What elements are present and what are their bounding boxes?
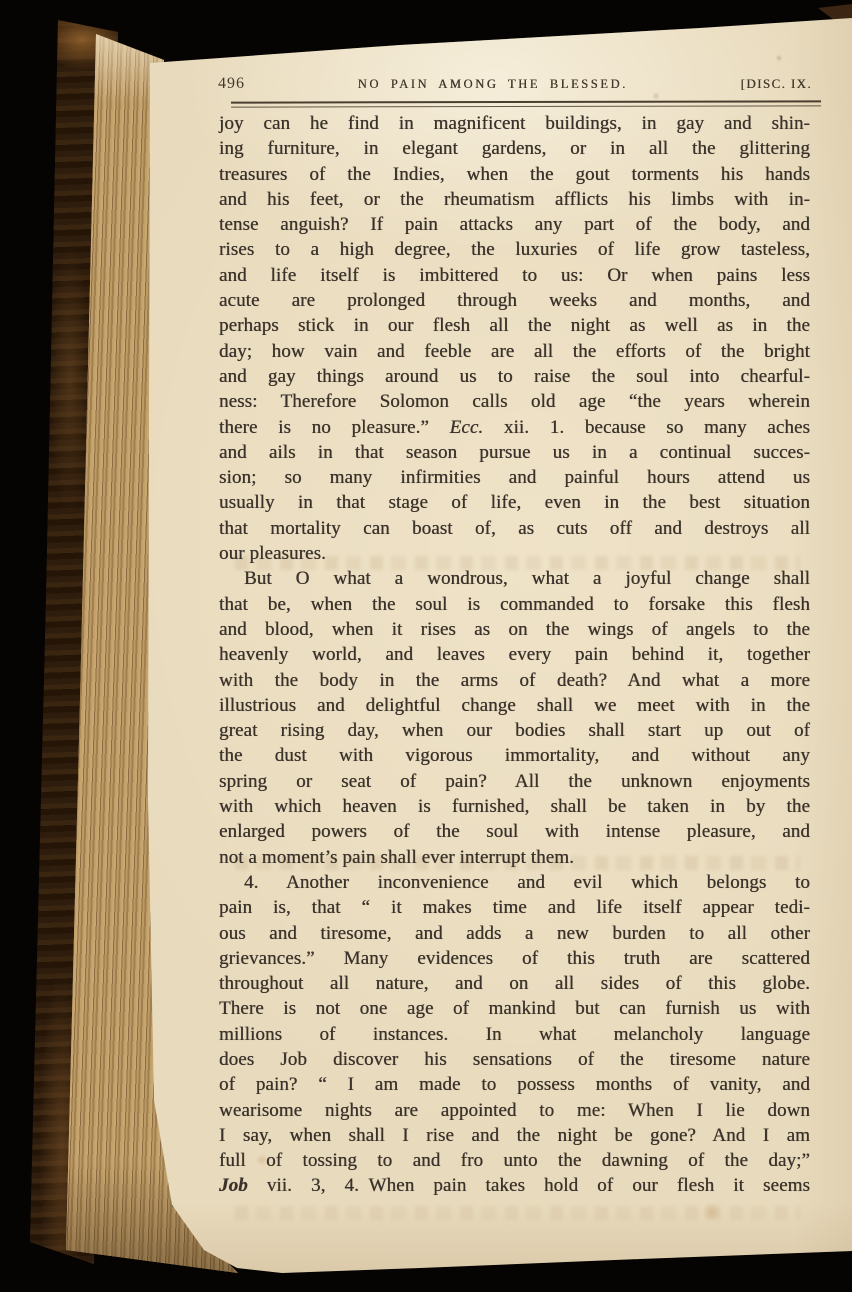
page-number: 496	[218, 75, 245, 93]
text-line: throughout all nature, and on all sides …	[219, 971, 810, 996]
citation-text: Ecc.	[450, 417, 484, 438]
body-text: with the body in the arms of death? And …	[219, 670, 810, 691]
text-line: day; how vain and feeble are all the eff…	[219, 339, 810, 364]
text-line: wearisome nights are appointed to me: Wh…	[219, 1098, 810, 1123]
text-line: millions of instances. In what melanchol…	[219, 1022, 810, 1047]
body-text: does Job discover his sensations of the …	[219, 1049, 810, 1070]
body-text: tense anguish? If pain attacks any part …	[219, 214, 810, 235]
body-text: pain is, that “ it makes time and life i…	[219, 897, 810, 918]
text-line: of pain? “ I am made to possess months o…	[219, 1072, 810, 1097]
body-text: the dust with vigorous immortality, and …	[219, 745, 810, 766]
body-text: ness: Therefore Solomon calls old age “t…	[219, 391, 810, 412]
body-text: of pain? “ I am made to possess months o…	[219, 1074, 810, 1095]
body-text: great rising day, when our bodies shall …	[219, 720, 810, 741]
body-text: with which heaven is furnished, shall be…	[219, 796, 810, 817]
text-line: pain is, that “ it makes time and life i…	[219, 895, 810, 920]
text-line: heavenly world, and leaves every pain be…	[219, 642, 810, 667]
text-line: But O what a wondrous, what a joyful cha…	[219, 566, 810, 591]
running-title: NO PAIN AMONG THE BLESSED.	[245, 77, 741, 92]
text-line: grievances.” Many evidences of this trut…	[219, 946, 810, 971]
text-line: treasures of the Indies, when the gout t…	[219, 162, 810, 187]
body-text: and life itself is imbittered to us: Or …	[219, 265, 810, 286]
text-line: and his feet, or the rheumatism afflicts…	[219, 187, 810, 212]
body-text: 4. Another inconvenience and evil which …	[244, 872, 810, 893]
text-line: great rising day, when our bodies shall …	[219, 718, 810, 743]
page-header: 496 NO PAIN AMONG THE BLESSED. [DISC. IX…	[218, 75, 812, 93]
body-text: that be, when the soul is commanded to f…	[219, 594, 810, 615]
body-text: spring or seat of pain? All the unknown …	[219, 771, 810, 792]
text-line: and life itself is imbittered to us: Or …	[219, 263, 810, 288]
text-line: perhaps stick in our flesh all the night…	[219, 313, 810, 338]
text-line: usually in that stage of life, even in t…	[219, 490, 810, 515]
body-text: our pleasures.	[219, 543, 326, 564]
text-line: Job vii. 3, 4. When pain takes hold of o…	[219, 1173, 810, 1198]
paragraph: But O what a wondrous, what a joyful cha…	[219, 566, 810, 870]
body-text: But O what a wondrous, what a joyful cha…	[244, 568, 810, 589]
text-line: and blood, when it rises as on the wings…	[219, 617, 810, 642]
body-text: ous and tiresome, and adds a new burden …	[219, 923, 810, 944]
text-line: tense anguish? If pain attacks any part …	[219, 212, 810, 237]
body-text: joy can he find in magnificent buildings…	[219, 113, 810, 134]
body-text: and his feet, or the rheumatism afflicts…	[219, 189, 810, 210]
body-text: grievances.” Many evidences of this trut…	[219, 948, 810, 969]
header-rule	[231, 100, 821, 107]
text-line: full of tossing to and fro unto the dawn…	[219, 1148, 810, 1173]
body-text: usually in that stage of life, even in t…	[219, 492, 810, 513]
body-text: wearisome nights are appointed to me: Wh…	[219, 1100, 810, 1121]
text-line: acute are prolonged through weeks and mo…	[219, 288, 810, 313]
photo-backdrop: 496 NO PAIN AMONG THE BLESSED. [DISC. IX…	[0, 0, 852, 1292]
text-line: and gay things around us to raise the so…	[219, 364, 810, 389]
text-line: the dust with vigorous immortality, and …	[219, 743, 810, 768]
body-text: perhaps stick in our flesh all the night…	[219, 315, 810, 336]
body-text: xii. 1. because so many aches	[483, 417, 810, 438]
body-text: not a moment’s pain shall ever interrupt…	[219, 847, 574, 868]
text-line: that be, when the soul is commanded to f…	[219, 592, 810, 617]
text-line: joy can he find in magnificent buildings…	[219, 111, 810, 136]
text-line: with the body in the arms of death? And …	[219, 668, 810, 693]
text-line: and ails in that season pursue us in a c…	[219, 440, 810, 465]
body-text: ing furniture, in elegant gardens, or in…	[219, 138, 810, 159]
body-text: vii. 3, 4. When pain takes hold of our f…	[248, 1175, 810, 1196]
body-text: illustrious and delightful change shall …	[219, 695, 810, 716]
text-line: with which heaven is furnished, shall be…	[219, 794, 810, 819]
ink-showthrough	[235, 1206, 800, 1220]
text-line: ous and tiresome, and adds a new burden …	[219, 921, 810, 946]
text-line: spring or seat of pain? All the unknown …	[219, 769, 810, 794]
body-text: and ails in that season pursue us in a c…	[219, 442, 810, 463]
paragraph: joy can he find in magnificent buildings…	[219, 111, 810, 566]
text-line: enlarged powers of the soul with intense…	[219, 819, 810, 844]
text-line: I say, when shall I rise and the night b…	[219, 1123, 810, 1148]
body-text: and blood, when it rises as on the wings…	[219, 619, 810, 640]
paragraph: 4. Another inconvenience and evil which …	[219, 870, 810, 1199]
citation-text: Job	[219, 1175, 248, 1196]
body-text: There is not one age of mankind but can …	[219, 998, 810, 1019]
body-text: treasures of the Indies, when the gout t…	[219, 164, 810, 185]
body-text: heavenly world, and leaves every pain be…	[219, 644, 810, 665]
body-text: and gay things around us to raise the so…	[219, 366, 810, 387]
body-text: millions of instances. In what melanchol…	[219, 1024, 810, 1045]
page-body: joy can he find in magnificent buildings…	[219, 111, 810, 1199]
body-text: there is no pleasure.”	[219, 417, 450, 438]
text-line: our pleasures.	[219, 541, 810, 566]
text-line: does Job discover his sensations of the …	[219, 1047, 810, 1072]
text-line: that mortality can boast of, as cuts off…	[219, 516, 810, 541]
text-line: 4. Another inconvenience and evil which …	[219, 870, 810, 895]
body-text: acute are prolonged through weeks and mo…	[219, 290, 810, 311]
body-text: day; how vain and feeble are all the eff…	[219, 341, 810, 362]
body-text: sion; so many infirmities and painful ho…	[219, 467, 810, 488]
text-line: illustrious and delightful change shall …	[219, 693, 810, 718]
text-line: there is no pleasure.” Ecc. xii. 1. beca…	[219, 415, 810, 440]
text-line: sion; so many infirmities and painful ho…	[219, 465, 810, 490]
text-line: not a moment’s pain shall ever interrupt…	[219, 845, 810, 870]
body-text: I say, when shall I rise and the night b…	[219, 1125, 810, 1146]
text-line: ing furniture, in elegant gardens, or in…	[219, 136, 810, 161]
body-text: that mortality can boast of, as cuts off…	[219, 518, 810, 539]
body-text: enlarged powers of the soul with intense…	[219, 821, 810, 842]
body-text: throughout all nature, and on all sides …	[219, 973, 810, 994]
text-line: There is not one age of mankind but can …	[219, 996, 810, 1021]
text-line: rises to a high degree, the luxuries of …	[219, 237, 810, 262]
discourse-label: [DISC. IX.	[741, 76, 812, 92]
body-text: full of tossing to and fro unto the dawn…	[219, 1150, 810, 1171]
text-line: ness: Therefore Solomon calls old age “t…	[219, 389, 810, 414]
body-text: rises to a high degree, the luxuries of …	[219, 239, 810, 260]
